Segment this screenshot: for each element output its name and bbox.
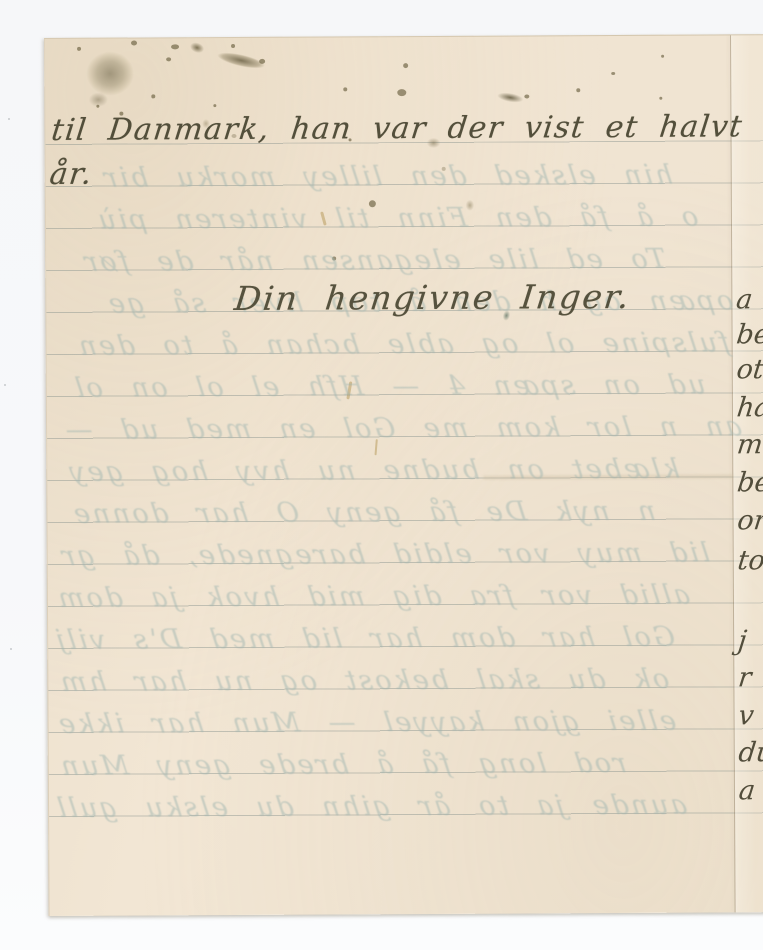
ink-speck <box>151 94 155 98</box>
ink-speck <box>171 44 179 49</box>
ink-speck <box>259 59 265 64</box>
ink-speck <box>96 105 99 108</box>
adjacent-page-fragment: m <box>735 429 763 460</box>
ink-speck <box>213 104 216 107</box>
bleedthrough-line: hin elsked den lilley morku bir <box>100 160 675 194</box>
bleedthrough-line: fulspine ol og able bchan å to den <box>75 327 732 361</box>
bleedthrough-line: ok du skal bekost og nu har hm <box>56 664 671 698</box>
bleedthrough-line: ud on spæn 4 — Hfh el ol on ol <box>71 370 708 404</box>
ink-speck <box>611 72 615 75</box>
ink-speck <box>166 57 171 61</box>
bleedthrough-line: lid muy vor eldid baregnede, då gr <box>58 538 712 572</box>
adjacent-page-fragment: be <box>735 319 763 350</box>
ink-speck <box>403 63 408 68</box>
adjacent-page-fragment: ha <box>735 392 763 423</box>
bleedthrough-line: Gol har dom har lid med D's vilj <box>52 622 677 656</box>
bleedthrough-line: allid vor fra dig mid hvok ja dom <box>54 580 692 614</box>
bleedthrough-line: aunde ja to år gihn du elsku gull <box>53 790 689 824</box>
ink-speck <box>576 88 580 92</box>
adjacent-page-fragment: om <box>736 505 763 536</box>
adjacent-page-fragment: be <box>736 467 763 498</box>
handwriting-line-2: år. <box>48 157 95 192</box>
signature-line: Din hengivne Inger. <box>232 277 633 318</box>
ink-speck <box>524 94 529 98</box>
bleedthrough-line: ellei gjon kayyel — Mun har ikke <box>55 706 678 740</box>
bleedthrough-line: rod long få å brede geny Mun <box>57 748 628 782</box>
bleedthrough-line: To ed lile elegansen når de før <box>80 244 668 278</box>
ink-stain <box>188 40 207 56</box>
letter-paper: hin elsked den lilley morku bir o å få d… <box>44 34 763 916</box>
ink-speck <box>343 87 347 91</box>
adjacent-page-fragment: ot <box>735 354 763 385</box>
handwriting-line-1: til Danmark, han var der vist et halvt <box>50 109 745 148</box>
margin-speck <box>4 384 6 386</box>
bleedthrough-line: an n lor kom me Gol en med ud — <box>61 411 744 446</box>
bleedthrough-line: klæbet on budne nu hvy hog gey <box>65 454 681 488</box>
scanned-letter-page: hin elsked den lilley morku bir o å få d… <box>0 0 763 950</box>
ink-speck <box>77 47 81 51</box>
adjacent-page-fragment: to <box>736 545 763 576</box>
ink-speck <box>131 41 137 46</box>
bleedthrough-line: n nyk De få geny O har donne <box>70 496 658 530</box>
adjacent-page-fragment: du <box>737 737 763 768</box>
ink-speck <box>661 55 664 58</box>
margin-speck <box>10 648 12 650</box>
ink-speck <box>231 44 235 48</box>
ink-speck <box>659 97 662 100</box>
ink-speck <box>397 89 406 96</box>
ink-stain <box>495 90 526 105</box>
margin-speck <box>8 118 10 120</box>
bleedthrough-line: o å få den Finn til vinteren più <box>94 202 700 236</box>
